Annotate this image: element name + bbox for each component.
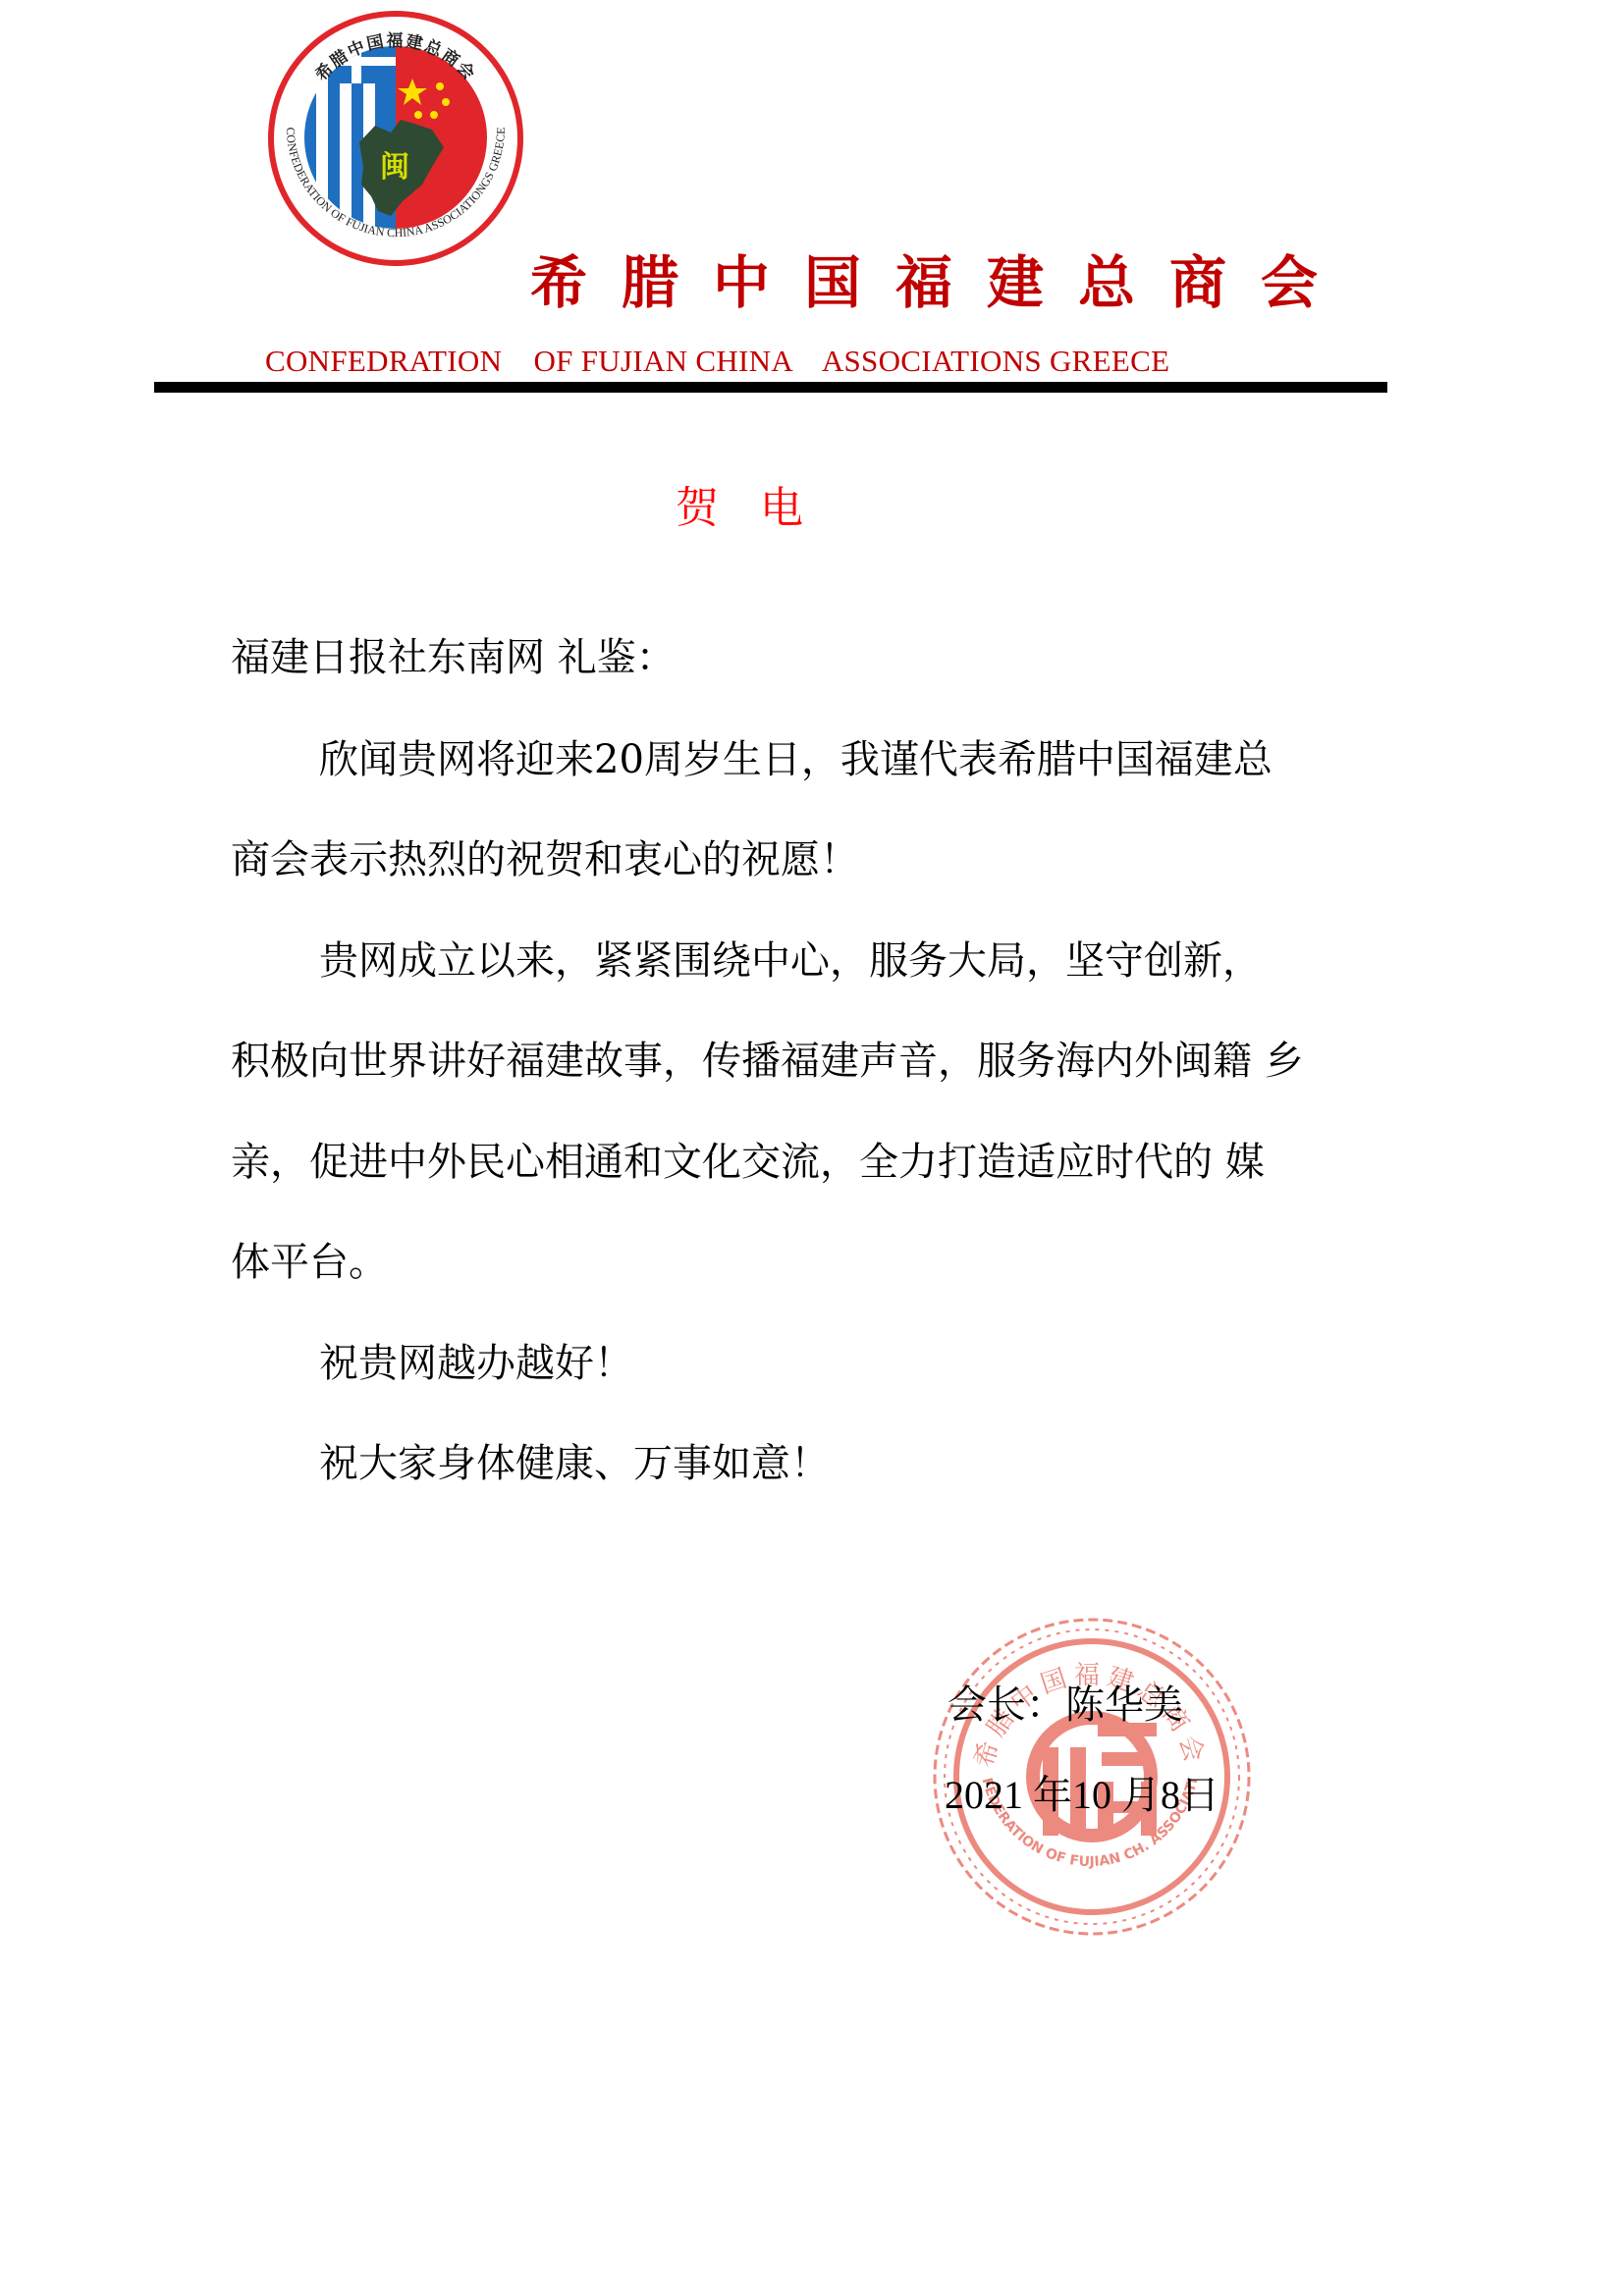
body-line: 贵网成立以来，紧紧围绕中心，服务大局，坚守创新， [319,937,1262,985]
organization-name-cn: 希腊中国福建总商会 [530,245,1352,320]
organization-logo: 闽 希腊中国福建总商会 CONFEDERATION OF FUJIAN CHIN… [265,10,526,267]
organization-name-en: CONFEDRATION OF FUJIAN CHINA ASSOCIATION… [265,344,1169,379]
body-line: 欣闻贵网将迎来20周岁生日，我谨代表希腊中国福建总 [319,736,1272,783]
logo-emblem-icon: 闽 希腊中国福建总商会 CONFEDERATION OF FUJIAN CHIN… [265,10,526,267]
document-title: 贺 电 [676,483,803,534]
letter-date: 2021 年10 月8日 [945,1772,1219,1819]
body-line: 积极向世界讲好福建故事，传播福建声音，服务海内外闽籍 乡 [231,1038,1304,1085]
header-divider [154,382,1387,393]
body-line: 商会表示热烈的祝贺和衷心的祝愿！ [231,836,859,883]
salutation: 福建日报社东南网 礼鉴： [231,634,676,681]
closing-wish: 祝贵网越办越好！ [319,1340,633,1387]
svg-text:闽: 闽 [380,150,409,185]
closing-wish: 祝大家身体健康、万事如意！ [319,1440,830,1487]
body-line: 体平台。 [231,1239,388,1286]
body-line: 亲，促进中外民心相通和文化交流，全力打造适应时代的 媒 [231,1139,1265,1186]
signatory: 会长：陈华美 [947,1682,1183,1729]
